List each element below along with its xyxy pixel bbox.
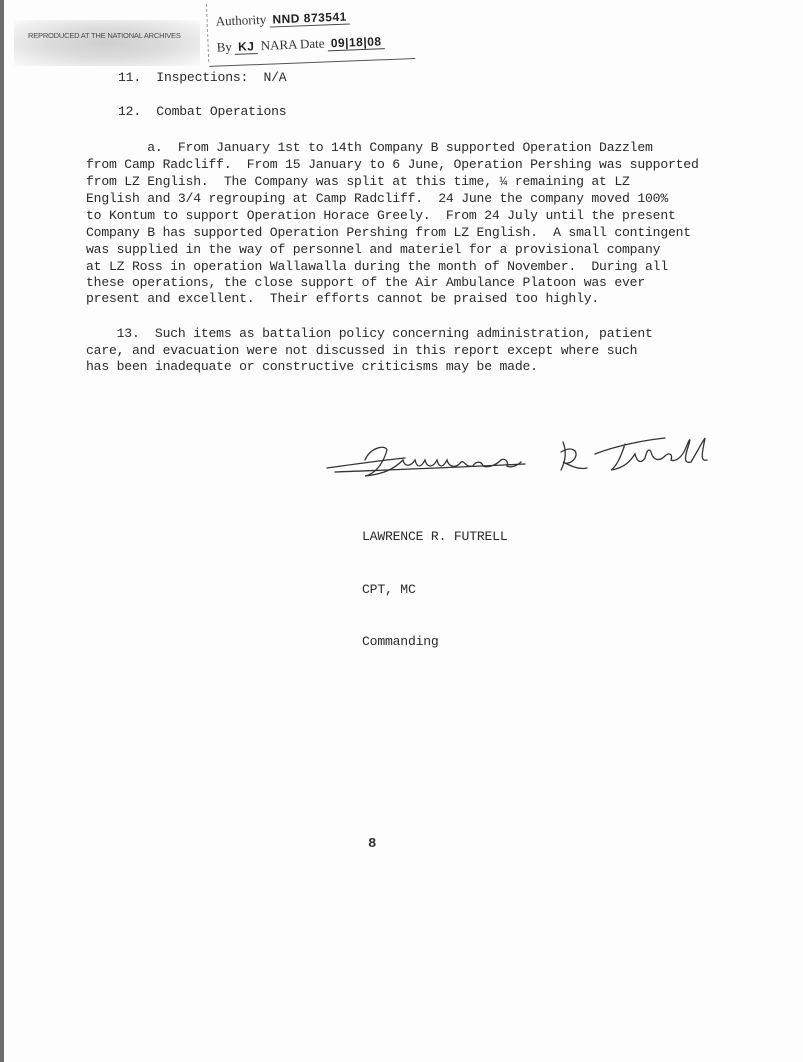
signer-name: LAWRENCE R. FUTRELL (362, 528, 508, 546)
paragraph-line: a. From January 1st to 14th Company B su… (86, 140, 653, 157)
declassification-stamp: Authority NND 873541 By KJ NARA Date 09|… (206, 0, 409, 62)
stamp-by-value: KJ (235, 39, 258, 55)
paragraph-line: present and excellent. Their efforts can… (86, 291, 599, 308)
section-12-heading: 12. Combat Operations (118, 104, 286, 121)
paragraph-line: at LZ Ross in operation Wallawalla durin… (86, 259, 668, 276)
handwritten-signature (325, 430, 725, 490)
stamp-bottom-line (209, 58, 415, 67)
stamp-authority-row: Authority NND 873541 (215, 8, 350, 29)
paragraph-line: 13. Such items as battalion policy conce… (86, 326, 653, 343)
stamp-date-value: 09|18|08 (328, 34, 385, 51)
nara-banner-text: REPRODUCED AT THE NATIONAL ARCHIVES (28, 31, 181, 40)
paragraph-line: Company B has supported Operation Pershi… (86, 225, 691, 242)
paragraph-line: English and 3/4 regrouping at Camp Radcl… (86, 191, 668, 208)
paragraph-line: was supplied in the way of personnel and… (86, 242, 660, 259)
stamp-date-label: NARA Date (260, 35, 324, 52)
signer-rank: CPT, MC (362, 581, 508, 599)
paragraph-line: these operations, the close support of t… (86, 275, 645, 292)
stamp-by-label: By (216, 39, 232, 55)
signature-block: LAWRENCE R. FUTRELL CPT, MC Commanding (362, 493, 508, 686)
paragraph-line: to Kontum to support Operation Horace Gr… (86, 208, 676, 225)
stamp-authority-value: NND 873541 (269, 9, 350, 27)
page-number: 8 (368, 836, 376, 852)
paragraph-line: care, and evacuation were not discussed … (86, 343, 637, 360)
section-11-inspections: 11. Inspections: N/A (118, 70, 286, 87)
scan-edge (0, 0, 4, 1062)
document-page: REPRODUCED AT THE NATIONAL ARCHIVES Auth… (0, 0, 803, 1062)
paragraph-line: from Camp Radcliff. From 15 January to 6… (86, 157, 699, 174)
paragraph-line: from LZ English. The Company was split a… (86, 174, 630, 191)
stamp-by-row: By KJ NARA Date 09|18|08 (216, 33, 384, 55)
signature-scribble-icon (325, 430, 725, 490)
nara-reproduction-banner: REPRODUCED AT THE NATIONAL ARCHIVES (14, 20, 200, 66)
signer-title: Commanding (362, 633, 508, 651)
paragraph-line: has been inadequate or constructive crit… (86, 359, 538, 376)
stamp-authority-label: Authority (215, 12, 266, 29)
